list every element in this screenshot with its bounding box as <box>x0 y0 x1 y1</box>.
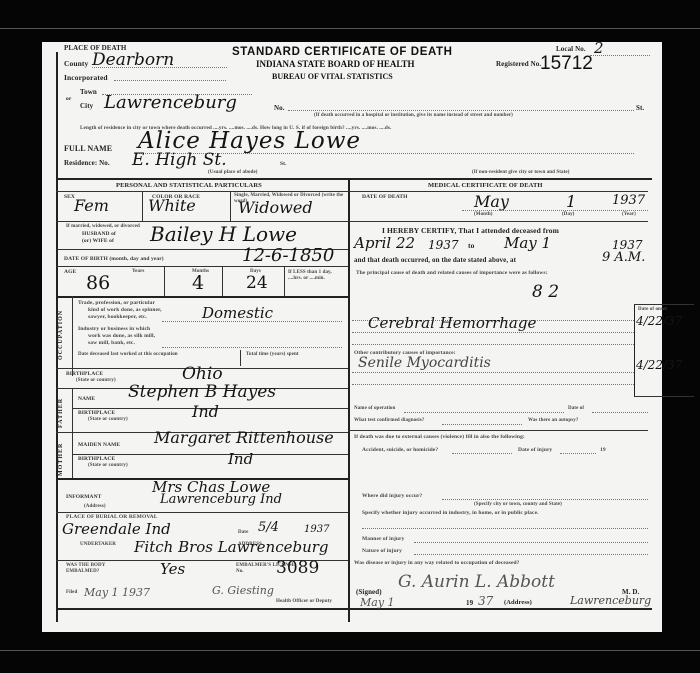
marital-value: Widowed <box>238 198 313 217</box>
signed-address-label: (Address) <box>504 599 532 606</box>
personal-title-rule <box>56 191 348 192</box>
date-last-worked-label: Date deceased last worked at this occupa… <box>78 352 178 358</box>
registered-no-label: Registered No. <box>496 60 541 68</box>
nonresident-note: (If non-resident give city or town and S… <box>472 170 570 175</box>
dod-month-value: May <box>474 192 509 211</box>
dob-label: DATE OF BIRTH (month, day and year) <box>64 256 164 262</box>
to-label: to <box>468 241 474 250</box>
dod-day-value: 1 <box>566 192 576 211</box>
other-line-2 <box>352 384 634 385</box>
county-line <box>92 67 227 68</box>
age-col-2 <box>222 266 223 296</box>
trade-label-2: kind of work done, as spinner, <box>88 307 162 313</box>
birthplace-label: BIRTHPLACE <box>66 371 103 377</box>
signed-year-value: 37 <box>478 594 493 608</box>
years-label: Years <box>132 269 144 274</box>
other-line-1 <box>352 372 634 373</box>
external-label: If death was due to external causes (vio… <box>354 434 525 440</box>
father-name-value: Stephen B Hayes <box>128 382 276 402</box>
health-officer-label: Health Officer or Deputy <box>276 599 332 604</box>
mother-maiden-value: Margaret Rittenhouse <box>154 428 334 447</box>
industry-label-2: work was done, as silk mill, <box>88 333 155 339</box>
father-side-rule <box>72 388 73 432</box>
spouse-label-2: HUSBAND of <box>82 231 116 237</box>
mother-birthplace-label: BIRTHPLACE <box>78 456 115 462</box>
burial-place-value: Greendale Ind <box>62 520 171 538</box>
total-time-label: Total time (years) spent <box>246 352 316 358</box>
or-label: or <box>66 96 71 102</box>
injury-date-line <box>560 453 596 454</box>
signed-address-value: Lawrenceburg <box>570 594 651 607</box>
sex-value: Fem <box>74 196 109 215</box>
city-value: Lawrenceburg <box>104 92 237 113</box>
occupation-side-rule <box>72 296 73 376</box>
operation-date-line <box>592 412 648 413</box>
spouse-label-1: If married, widowed, or divorced <box>66 224 140 229</box>
incorporated-line <box>114 80 226 81</box>
burial-date-value: 5/4 <box>258 520 279 535</box>
dob-row-rule <box>56 266 348 267</box>
residence-st-label: St. <box>280 161 287 167</box>
diagnosis-line <box>442 424 522 425</box>
less-than-label: If LESS than 1 day, ....hrs. or ....min. <box>288 270 346 282</box>
informant-row-rule <box>56 512 348 513</box>
attended-from-value: April 22 <box>354 234 415 252</box>
informant-address-value: Lawrenceburg Ind <box>160 492 282 507</box>
signed-value: G. Aurin L. Abbott <box>398 572 555 592</box>
attended-from-year: 1937 <box>428 238 459 252</box>
where-label: Where did injury occur? <box>362 493 422 499</box>
where-line <box>442 499 648 500</box>
age-col-3 <box>284 266 285 296</box>
age-col-1 <box>164 266 165 296</box>
injury-year-label: 19 <box>600 447 606 453</box>
father-birthplace-sub: (State or country) <box>88 417 128 422</box>
residence-label: Residence: No. <box>64 159 110 167</box>
local-no-label: Local No. <box>556 45 586 53</box>
burial-year-value: 1937 <box>304 524 329 535</box>
burial-date-label: Date <box>238 530 248 535</box>
certificate-title: STANDARD CERTIFICATE OF DEATH <box>232 46 453 58</box>
industry-label-3: saw mill, bank, etc. <box>88 340 135 346</box>
county-label: County <box>64 59 88 68</box>
where-note: (Specify city or town, county and State) <box>474 502 562 507</box>
mother-side-rule <box>72 432 73 478</box>
accident-line <box>452 453 512 454</box>
column-divider <box>348 179 350 622</box>
local-no-line <box>590 55 650 56</box>
undertaker-value: Fitch Bros Lawrenceburg <box>134 538 329 556</box>
dod-line <box>462 210 648 211</box>
bottom-rule <box>56 608 652 610</box>
trade-label-3: sawyer, bookkeeper, etc. <box>88 314 147 320</box>
spouse-value: Bailey H Lowe <box>150 222 297 246</box>
age-days-value: 24 <box>246 273 268 293</box>
signed-date-value: May 1 <box>360 596 395 609</box>
cause-line-3 <box>352 344 634 345</box>
color-marital-divider <box>230 191 231 221</box>
mother-birthplace-sub: (State or country) <box>88 463 128 468</box>
manner-label: Manner of injury <box>362 536 404 542</box>
onset-label: Date of onset <box>638 307 667 312</box>
operation-date-label: Date of <box>568 406 584 411</box>
other-cause-value: Senile Myocarditis <box>358 355 491 371</box>
manner-line <box>414 542 648 543</box>
death-time-value: 9 A.M. <box>602 250 645 265</box>
license-value: 3089 <box>276 558 319 578</box>
operation-label: Name of operation <box>354 406 395 411</box>
dod-year-label: (Year) <box>622 212 636 217</box>
birthplace-value: Ohio <box>182 364 223 384</box>
mother-side-label: MOTHER <box>58 436 64 476</box>
diagnosis-row-rule <box>348 430 648 431</box>
occupation-related-label: Was disease or injury in any way related… <box>354 560 520 566</box>
street-line <box>288 110 634 111</box>
registered-no-value: 15712 <box>540 53 593 75</box>
age-row-rule <box>56 296 348 298</box>
sex-color-divider <box>142 191 143 221</box>
usual-place-note: (Usual place of abode) <box>208 170 258 175</box>
scan-artifact-bottom <box>0 650 700 651</box>
city-label: City <box>80 102 93 110</box>
bureau-name: BUREAU OF VITAL STATISTICS <box>272 72 393 81</box>
trade-value: Domestic <box>202 304 273 322</box>
embalmed-label: WAS THE BODY EMBALMED? <box>66 563 136 575</box>
cause-line-2 <box>352 332 634 333</box>
attended-to-value: May 1 <box>504 234 551 252</box>
embalmed-value: Yes <box>160 560 185 578</box>
principal-cause-value: Cerebral Hemorrhage <box>368 314 536 332</box>
board-name: INDIANA STATE BOARD OF HEALTH <box>256 59 415 69</box>
residence-value: E. High St. <box>132 150 227 170</box>
father-name-label: NAME <box>78 396 95 402</box>
other-onset-value: 4/22/37 <box>636 358 682 372</box>
age-years-value: 86 <box>86 272 110 294</box>
father-side-label: FATHER <box>58 392 64 428</box>
occurred-text: and that death occurred, on the date sta… <box>354 256 516 264</box>
hospital-note: (If death occurred in a hospital or inst… <box>314 113 513 118</box>
birthplace-sub: (State or country) <box>76 378 116 383</box>
operation-line <box>404 412 564 413</box>
informant-address-label: (Address) <box>84 504 106 509</box>
industry-line <box>162 347 342 348</box>
filed-label: Filed <box>66 590 77 595</box>
spouse-label-3: (or) WIFE of <box>82 238 114 244</box>
trade-line <box>162 321 342 322</box>
mother-birthplace-value: Ind <box>228 450 253 468</box>
full-name-label: FULL NAME <box>64 144 112 153</box>
signed-label: (Signed) <box>356 588 382 596</box>
death-certificate: PLACE OF DEATH STANDARD CERTIFICATE OF D… <box>42 42 662 632</box>
scan-artifact-top <box>0 28 700 29</box>
age-label: AGE <box>64 269 76 275</box>
signed-year-label: 19 <box>466 599 473 607</box>
color-value: White <box>148 196 196 215</box>
dod-row-rule <box>348 221 648 222</box>
onset-bottom-rule <box>634 396 694 397</box>
trade-label-1: Trade, profession, or particular <box>78 300 155 306</box>
informant-label: INFORMANT <box>66 494 101 500</box>
section-divider-top <box>56 178 652 180</box>
autopsy-label: Was there an autopsy? <box>528 418 579 423</box>
dod-year-value: 1937 <box>612 193 645 208</box>
mother-name-rule <box>72 454 348 455</box>
duration-note: 8 2 <box>532 282 559 302</box>
diagnosis-label: What test confirmed diagnosis? <box>354 418 424 423</box>
personal-section-title: PERSONAL AND STATISTICAL PARTICULARS <box>116 182 262 189</box>
father-birthplace-label: BIRTHPLACE <box>78 410 115 416</box>
dob-value: 12-6-1850 <box>242 245 334 266</box>
accident-label: Accident, suicide, or homicide? <box>362 447 438 453</box>
filed-value: May 1 1937 <box>84 586 150 599</box>
undertaker-label: UNDERTAKER <box>80 542 116 547</box>
health-officer-value: G. Giesting <box>212 584 274 597</box>
incorporated-label: Incorporated <box>64 73 108 82</box>
principal-cause-label: The principal cause of death and related… <box>356 270 616 277</box>
dod-day-label: (Day) <box>562 212 574 217</box>
specify-line <box>362 528 648 529</box>
onset-header-rule <box>634 304 694 305</box>
dod-month-label: (Month) <box>474 212 492 217</box>
street-no-label: No. <box>274 104 285 112</box>
street-st-label: St. <box>636 104 644 112</box>
industry-label-1: Industry or business in which <box>78 326 150 332</box>
mother-maiden-label: MAIDEN NAME <box>78 442 120 448</box>
nature-label: Nature of injury <box>362 548 402 554</box>
medical-section-title: MEDICAL CERTIFICATE OF DEATH <box>428 182 543 189</box>
dod-label: DATE OF DEATH <box>362 194 408 200</box>
occupation-side-label: OCCUPATION <box>58 300 64 360</box>
father-birthplace-value: Ind <box>192 402 219 421</box>
specify-label: Specify whether injury occurred in indus… <box>362 510 539 516</box>
injury-date-label: Date of injury <box>518 447 552 453</box>
principal-onset-value: 4/22/37 <box>636 314 682 328</box>
town-label: Town <box>80 88 97 96</box>
age-months-value: 4 <box>192 272 204 294</box>
nature-line <box>414 554 648 555</box>
total-time-divider <box>240 350 241 366</box>
